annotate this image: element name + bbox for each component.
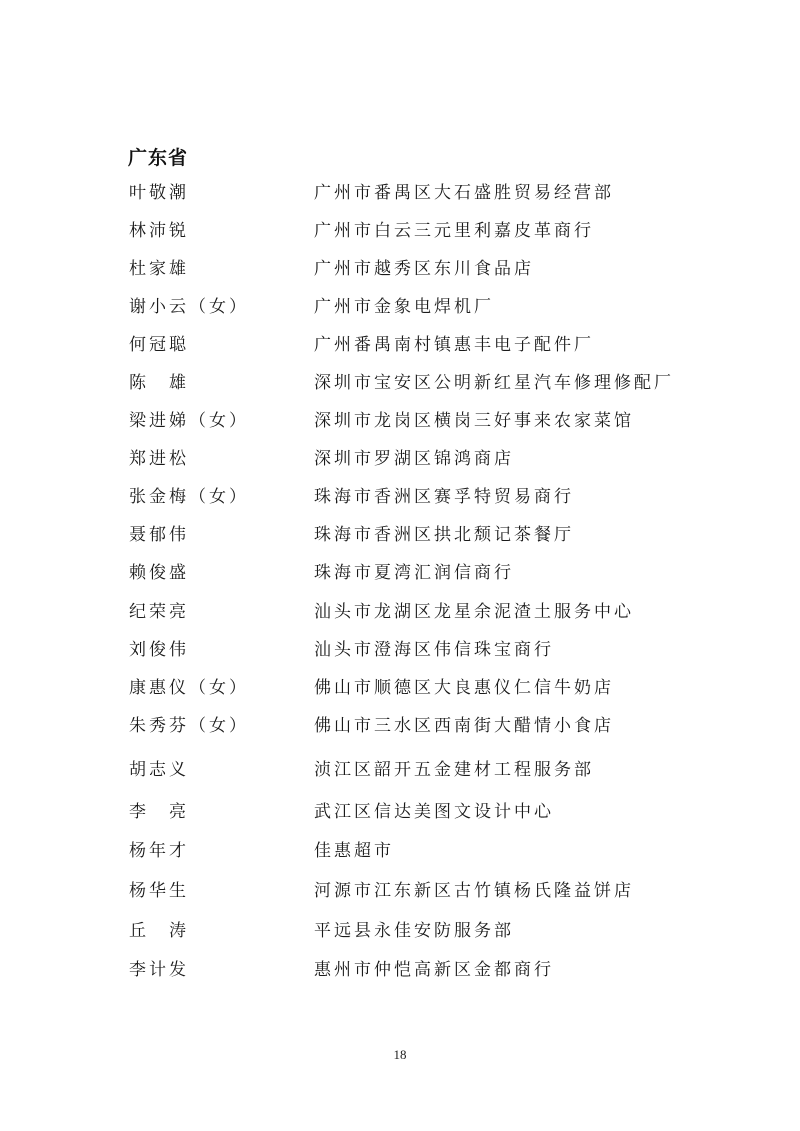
organization-name: 佳惠超市 bbox=[314, 838, 394, 864]
organization-name: 广州市越秀区东川食品店 bbox=[314, 256, 534, 282]
organization-name: 珠海市香洲区赛孚特贸易商行 bbox=[314, 484, 574, 510]
organization-name: 汕头市龙湖区龙星余泥渣土服务中心 bbox=[314, 599, 634, 625]
person-name: 杜家雄 bbox=[129, 256, 189, 282]
list-item: 丘 涛 平远县永佳安防服务部 bbox=[0, 918, 800, 944]
person-name: 聂郁伟 bbox=[129, 522, 189, 548]
person-name: 胡志义 bbox=[129, 757, 189, 783]
person-name: 丘 涛 bbox=[129, 918, 189, 944]
list-item: 林沛锐 广州市白云三元里利嘉皮革商行 bbox=[0, 218, 800, 244]
organization-name: 广州市番禺区大石盛胜贸易经营部 bbox=[314, 180, 614, 206]
person-name: 康惠仪（女） bbox=[129, 675, 249, 701]
document-page: 广东省 叶敬潮 广州市番禺区大石盛胜贸易经营部 林沛锐 广州市白云三元里利嘉皮革… bbox=[0, 0, 800, 1131]
list-item: 杨华生 河源市江东新区古竹镇杨氏隆益饼店 bbox=[0, 878, 800, 904]
organization-name: 深圳市龙岗区横岗三好事来农家菜馆 bbox=[314, 408, 634, 434]
list-item: 杜家雄 广州市越秀区东川食品店 bbox=[0, 256, 800, 282]
organization-name: 河源市江东新区古竹镇杨氏隆益饼店 bbox=[314, 878, 634, 904]
person-name: 李计发 bbox=[129, 957, 189, 983]
person-name: 李 亮 bbox=[129, 799, 189, 825]
person-name: 谢小云（女） bbox=[129, 294, 249, 320]
section-title: 广东省 bbox=[128, 143, 188, 170]
organization-name: 惠州市仲恺高新区金都商行 bbox=[314, 957, 554, 983]
person-name: 郑进松 bbox=[129, 446, 189, 472]
list-item: 李计发 惠州市仲恺高新区金都商行 bbox=[0, 957, 800, 983]
list-item: 谢小云（女） 广州市金象电焊机厂 bbox=[0, 294, 800, 320]
organization-name: 武江区信达美图文设计中心 bbox=[314, 799, 554, 825]
person-name: 张金梅（女） bbox=[129, 484, 249, 510]
list-item: 李 亮 武江区信达美图文设计中心 bbox=[0, 799, 800, 825]
person-name: 林沛锐 bbox=[129, 218, 189, 244]
list-item: 何冠聪 广州番禺南村镇惠丰电子配件厂 bbox=[0, 332, 800, 358]
person-name: 叶敬潮 bbox=[129, 180, 189, 206]
person-name: 朱秀芬（女） bbox=[129, 713, 249, 739]
list-item: 康惠仪（女） 佛山市顺德区大良惠仪仁信牛奶店 bbox=[0, 675, 800, 701]
organization-name: 广州番禺南村镇惠丰电子配件厂 bbox=[314, 332, 594, 358]
page-number: 18 bbox=[0, 1047, 800, 1063]
person-name: 刘俊伟 bbox=[129, 637, 189, 663]
person-name: 杨华生 bbox=[129, 878, 189, 904]
organization-name: 佛山市三水区西南街大醋情小食店 bbox=[314, 713, 614, 739]
list-item: 陈 雄 深圳市宝安区公明新红星汽车修理修配厂 bbox=[0, 370, 800, 396]
list-item: 纪荣亮 汕头市龙湖区龙星余泥渣土服务中心 bbox=[0, 599, 800, 625]
organization-name: 广州市金象电焊机厂 bbox=[314, 294, 494, 320]
organization-name: 广州市白云三元里利嘉皮革商行 bbox=[314, 218, 594, 244]
person-name: 陈 雄 bbox=[129, 370, 189, 396]
list-item: 胡志义 浈江区韶开五金建材工程服务部 bbox=[0, 757, 800, 783]
organization-name: 深圳市宝安区公明新红星汽车修理修配厂 bbox=[314, 370, 674, 396]
organization-name: 珠海市夏湾汇润信商行 bbox=[314, 560, 514, 586]
list-item: 郑进松 深圳市罗湖区锦鸿商店 bbox=[0, 446, 800, 472]
person-name: 纪荣亮 bbox=[129, 599, 189, 625]
list-item: 朱秀芬（女） 佛山市三水区西南街大醋情小食店 bbox=[0, 713, 800, 739]
organization-name: 佛山市顺德区大良惠仪仁信牛奶店 bbox=[314, 675, 614, 701]
list-item: 杨年才 佳惠超市 bbox=[0, 838, 800, 864]
list-item: 聂郁伟 珠海市香洲区拱北颓记茶餐厅 bbox=[0, 522, 800, 548]
list-item: 叶敬潮 广州市番禺区大石盛胜贸易经营部 bbox=[0, 180, 800, 206]
list-item: 梁进娣（女） 深圳市龙岗区横岗三好事来农家菜馆 bbox=[0, 408, 800, 434]
organization-name: 浈江区韶开五金建材工程服务部 bbox=[314, 757, 594, 783]
organization-name: 深圳市罗湖区锦鸿商店 bbox=[314, 446, 514, 472]
list-item: 刘俊伟 汕头市澄海区伟信珠宝商行 bbox=[0, 637, 800, 663]
organization-name: 汕头市澄海区伟信珠宝商行 bbox=[314, 637, 554, 663]
organization-name: 平远县永佳安防服务部 bbox=[314, 918, 514, 944]
person-name: 赖俊盛 bbox=[129, 560, 189, 586]
person-name: 何冠聪 bbox=[129, 332, 189, 358]
person-name: 梁进娣（女） bbox=[129, 408, 249, 434]
person-name: 杨年才 bbox=[129, 838, 189, 864]
organization-name: 珠海市香洲区拱北颓记茶餐厅 bbox=[314, 522, 574, 548]
list-item: 赖俊盛 珠海市夏湾汇润信商行 bbox=[0, 560, 800, 586]
list-item: 张金梅（女） 珠海市香洲区赛孚特贸易商行 bbox=[0, 484, 800, 510]
